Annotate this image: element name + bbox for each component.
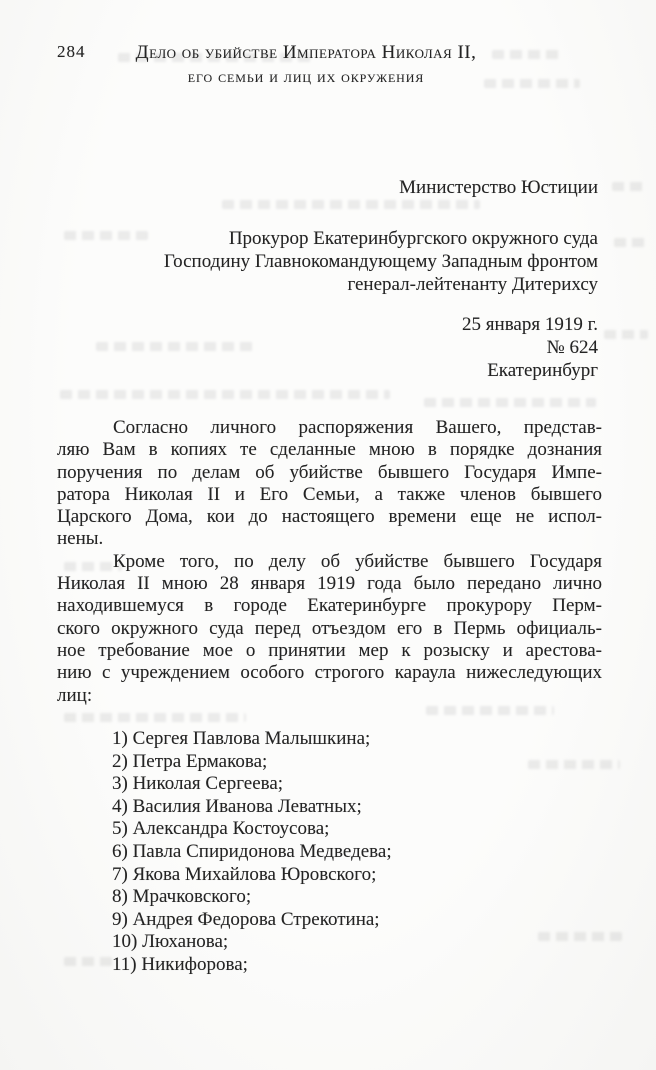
date-block: 25 января 1919 г. № 624 Екатеринбург — [462, 313, 598, 382]
body-line: Согласно личного распоряжения Вашего, пр… — [57, 417, 602, 439]
city-line: Екатеринбург — [462, 359, 598, 382]
bleed-through-mark — [612, 182, 648, 191]
running-head-line-1: Дело об убийстве Императора Николая II, — [56, 39, 556, 66]
list-item: 3) Николая Сергеева; — [112, 773, 392, 796]
list-item: 5) Александра Костоусова; — [112, 818, 392, 841]
bleed-through-mark — [60, 390, 390, 399]
persons-list: 1) Сергея Павлова Малышкина;2) Петра Ерм… — [112, 728, 392, 977]
letter-body: Согласно личного распоряжения Вашего, пр… — [57, 417, 602, 707]
addressee-line-1: Господину Главнокомандующему Западным фр… — [164, 250, 598, 273]
body-line: ратора Николая II и Его Семьи, а также ч… — [57, 484, 602, 506]
body-line: лиц: — [57, 685, 602, 707]
list-item: 10) Люханова; — [112, 931, 392, 954]
list-item: 11) Никифорова; — [112, 954, 392, 977]
book-page: 284 Дело об убийстве Императора Николая … — [0, 0, 656, 1070]
bleed-through-mark — [614, 238, 648, 247]
body-line: Николая II мною 28 января 1919 года было… — [57, 573, 602, 595]
bleed-through-mark — [528, 760, 620, 769]
body-line: ное требование мое о принятии мер к розы… — [57, 640, 602, 662]
bleed-through-mark — [222, 200, 480, 209]
list-item: 7) Якова Михайлова Юровского; — [112, 864, 392, 887]
bleed-through-mark — [64, 231, 148, 240]
body-line: нию с учреждением особого строгого карау… — [57, 662, 602, 684]
list-item: 9) Андрея Федорова Стрекотина; — [112, 909, 392, 932]
paragraph-2: Кроме того, по делу об убийстве бывшего … — [57, 551, 602, 707]
body-line: ляю Вам в копиях те сделанные мною в пор… — [57, 439, 602, 461]
list-item: 2) Петра Ермакова; — [112, 751, 392, 774]
list-item: 1) Сергея Павлова Малышкина; — [112, 728, 392, 751]
ministry-line: Министерство Юстиции — [399, 176, 598, 199]
running-head-line-2: его семьи и лиц их окружения — [56, 66, 556, 88]
bleed-through-mark — [426, 706, 554, 715]
list-item: 6) Павла Спиридонова Медведева; — [112, 841, 392, 864]
bleed-through-mark — [64, 957, 112, 966]
bleed-through-mark — [64, 713, 246, 722]
paragraph-1: Согласно личного распоряжения Вашего, пр… — [57, 417, 602, 551]
body-line: поручения по делам об убийстве бывшего Г… — [57, 462, 602, 484]
body-line: находившемуся в городе Екатеринбурге про… — [57, 595, 602, 617]
bleed-through-mark — [424, 398, 596, 407]
list-item: 8) Мрачковского; — [112, 886, 392, 909]
body-line: Царского Дома, кои до настоящего времени… — [57, 506, 602, 528]
body-line: Кроме того, по делу об убийстве бывшего … — [57, 551, 602, 573]
doc-number-line: № 624 — [462, 336, 598, 359]
body-line: ского окружного суда перед отъездом его … — [57, 618, 602, 640]
list-item: 4) Василия Иванова Леватных; — [112, 796, 392, 819]
sender-line: Прокурор Екатеринбургского окружного суд… — [164, 227, 598, 250]
running-head: Дело об убийстве Императора Николая II, … — [56, 39, 556, 88]
bleed-through-mark — [538, 932, 622, 941]
addressee-line-2: генерал-лейтенанту Дитерихсу — [164, 273, 598, 296]
bleed-through-mark — [604, 330, 648, 339]
date-line: 25 января 1919 г. — [462, 313, 598, 336]
body-line: нены. — [57, 528, 602, 550]
addressee-block: Прокурор Екатеринбургского окружного суд… — [164, 227, 598, 296]
bleed-through-mark — [96, 342, 258, 351]
